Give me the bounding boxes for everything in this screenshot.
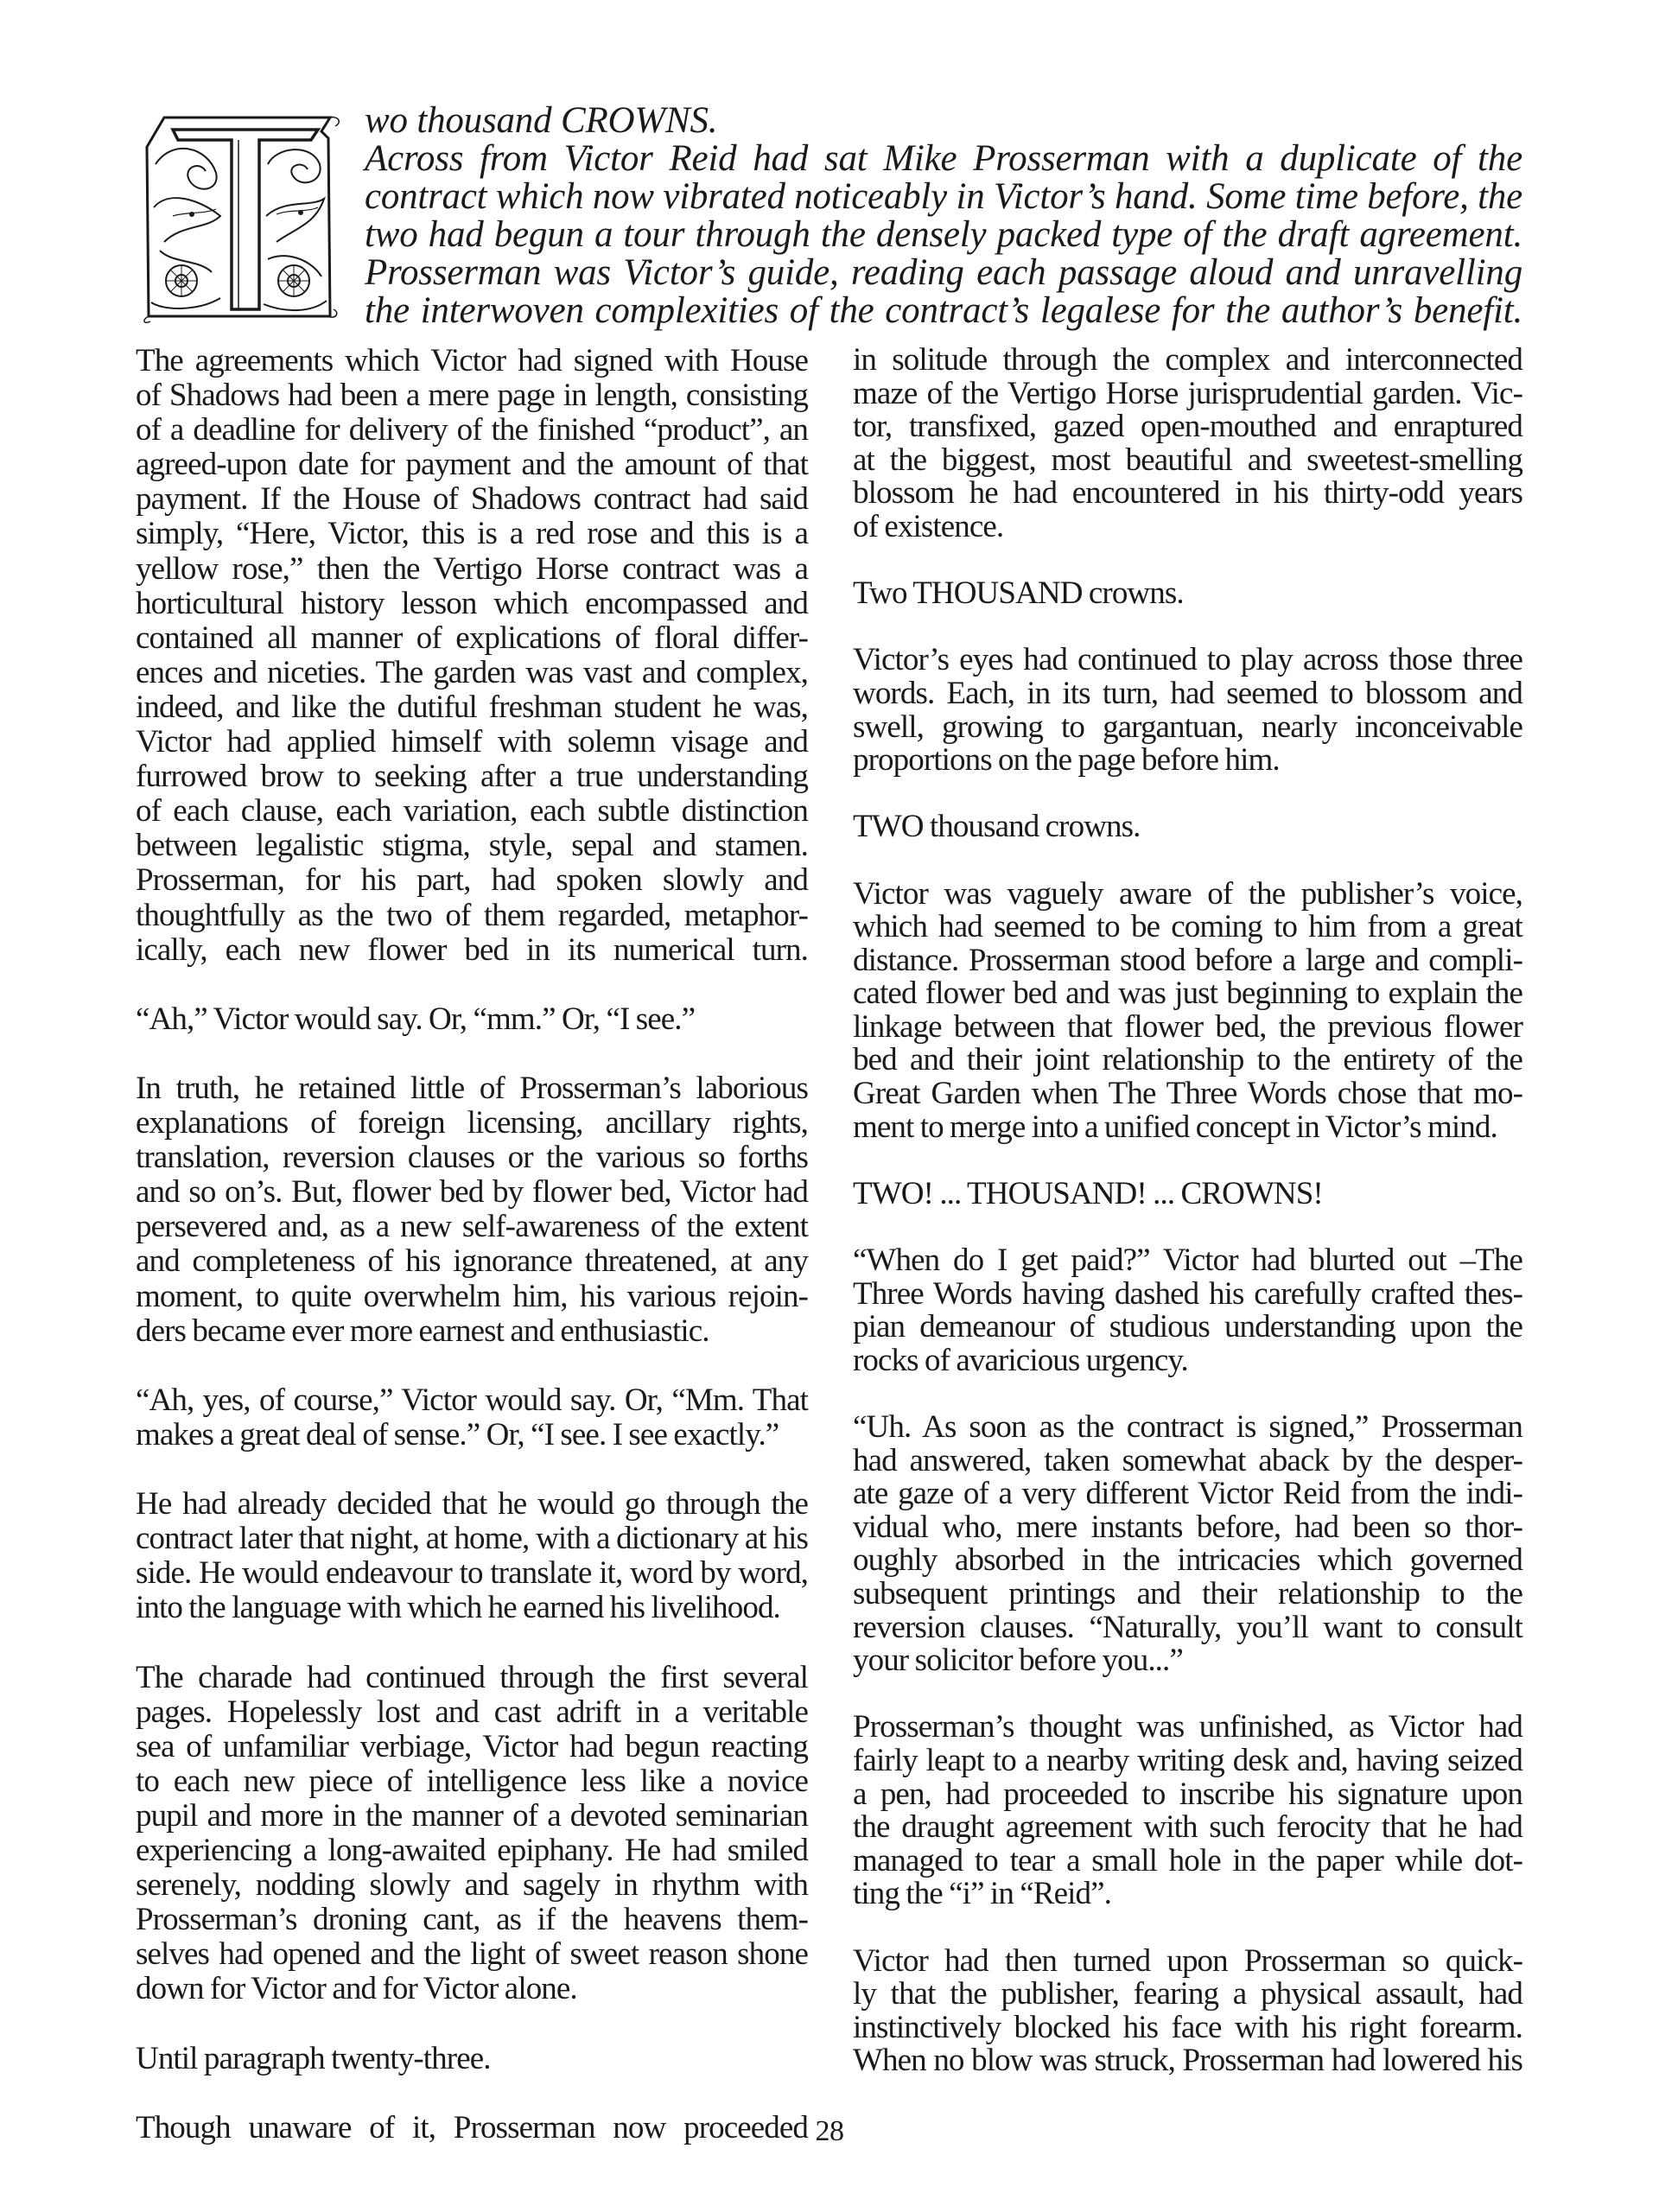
- text-line: proportions on the page before him.: [853, 744, 1522, 778]
- text-line: and completeness of his ignorance threat…: [136, 1244, 808, 1279]
- text-line: of a deadline for delivery of the finish…: [136, 413, 808, 448]
- text-line: ting the “i” in “Reid”.: [853, 1878, 1522, 1911]
- text-line: maze of the Vertigo Horse jurisprudentia…: [853, 378, 1522, 411]
- text-line: tor, transfixed, gazed open-mouthed and …: [853, 410, 1522, 444]
- paragraph-spacer: [136, 2007, 808, 2042]
- text-line: persevered and, as a new self-awareness …: [136, 1210, 808, 1244]
- paragraph-spacer: [853, 844, 1522, 878]
- text-line: distance. Prosserman stood before a larg…: [853, 944, 1522, 978]
- text-line: makes a great deal of sense.” Or, “I see…: [136, 1418, 808, 1452]
- right-text-column: in solitude through the complex and inte…: [853, 344, 1522, 2078]
- text-line: the draught agreement with such ferocity…: [853, 1811, 1522, 1845]
- paragraph: “When do I get paid?” Victor had blurted…: [853, 1244, 1522, 1377]
- text-line: instinctively blocked his face with his …: [853, 2012, 1522, 2045]
- text-line: “Ah, yes, of course,” Victor would say. …: [136, 1383, 808, 1418]
- text-line: sea of unfamiliar verbiage, Victor had b…: [136, 1730, 808, 1764]
- paragraph-spacer: [853, 1911, 1522, 1945]
- text-line: your solicitor before you...”: [853, 1644, 1522, 1678]
- paragraph-spacer: [136, 1349, 808, 1383]
- paragraph-spacer: [136, 1625, 808, 1660]
- text-line: translation, reversion clauses or the va…: [136, 1141, 808, 1175]
- paragraph-spacer: [853, 1678, 1522, 1712]
- text-line: pages. Hopelessly lost and cast adrift i…: [136, 1695, 808, 1730]
- text-line: Prosserman’s droning cant, as if the hea…: [136, 1903, 808, 1937]
- paragraph: Victor’s eyes had continued to play acro…: [853, 644, 1522, 777]
- intro-line: two had begun a tour through the densely…: [365, 216, 1522, 254]
- paragraph: in solitude through the complex and inte…: [853, 344, 1522, 544]
- text-line: pupil and more in the manner of a devote…: [136, 1799, 808, 1834]
- italic-opening-paragraph: wo thousand CROWNS. Across from Victor R…: [365, 102, 1522, 330]
- intro-line: contract which now vibrated noticeably i…: [365, 178, 1520, 216]
- text-line: ders became ever more earnest and enthus…: [136, 1314, 808, 1349]
- text-line: “Ah,” Victor would say. Or, “mm.” Or, “I…: [136, 1002, 808, 1037]
- paragraph: “Ah, yes, of course,” Victor would say. …: [136, 1383, 808, 1452]
- text-line: subsequent printings and their relations…: [853, 1578, 1522, 1611]
- text-line: “Uh. As soon as the contract is signed,”…: [853, 1411, 1522, 1445]
- paragraph: Two THOUSAND crowns.: [853, 577, 1522, 611]
- paragraph: TWO thousand crowns.: [853, 810, 1522, 844]
- text-line: Two THOUSAND crowns.: [853, 577, 1522, 611]
- intro-line: Across from Victor Reid had sat Mike Pro…: [365, 140, 1522, 178]
- text-line: swell, growing to gargantuan, nearly inc…: [853, 711, 1522, 745]
- text-line: In truth, he retained little of Prosserm…: [136, 1071, 808, 1106]
- text-line: had answered, taken somewhat aback by th…: [853, 1445, 1522, 1478]
- text-line: between legalistic stigma, style, sepal …: [136, 829, 808, 863]
- text-line: When no blow was struck, Prosserman had …: [853, 2044, 1522, 2078]
- text-line: yellow rose,” then the Vertigo Horse con…: [136, 552, 808, 587]
- text-line: ically, each new flower bed in its numer…: [136, 933, 808, 968]
- paragraph: He had already decided that he would go …: [136, 1487, 808, 1625]
- text-line: horticultural history lesson which encom…: [136, 587, 808, 621]
- text-line: to each new piece of intelligence less l…: [136, 1764, 808, 1799]
- text-line: pian demeanour of studious understanding…: [853, 1311, 1522, 1344]
- text-line: down for Victor and for Victor alone.: [136, 1972, 808, 2006]
- paragraph: “Uh. As soon as the contract is signed,”…: [853, 1411, 1522, 1678]
- text-line: into the language with which he earned h…: [136, 1591, 808, 1625]
- text-line: rocks of avaricious urgency.: [853, 1344, 1522, 1378]
- paragraph: Until paragraph twenty-three.: [136, 2042, 808, 2076]
- text-line: ate gaze of a very different Victor Reid…: [853, 1478, 1522, 1511]
- paragraph: Prosserman’s thought was unfinished, as …: [853, 1711, 1522, 1911]
- text-line: thoughtfully as the two of them regarded…: [136, 899, 808, 933]
- text-line: which had seemed to be coming to him fro…: [853, 911, 1522, 944]
- text-line: side. He would endeavour to translate it…: [136, 1556, 808, 1591]
- paragraph-spacer: [853, 1377, 1522, 1411]
- text-line: ment to merge into a unified concept in …: [853, 1111, 1522, 1145]
- ornamental-drop-cap-t: [138, 112, 350, 324]
- text-line: Prosserman, for his part, had spoken slo…: [136, 863, 808, 898]
- intro-line: Prosserman was Victor’s guide, reading e…: [365, 254, 1522, 292]
- paragraph: “Ah,” Victor would say. Or, “mm.” Or, “I…: [136, 1002, 808, 1037]
- text-line: of Shadows had been a mere page in lengt…: [136, 378, 808, 413]
- text-line: selves had opened and the light of sweet…: [136, 1937, 808, 1972]
- text-line: managed to tear a small hole in the pape…: [853, 1845, 1522, 1878]
- text-line: Victor was vaguely aware of the publishe…: [853, 878, 1522, 912]
- text-line: words. Each, in its turn, had seemed to …: [853, 677, 1522, 711]
- text-line: linkage between that flower bed, the pre…: [853, 1011, 1522, 1045]
- text-line: serenely, nodding slowly and sagely in r…: [136, 1868, 808, 1903]
- paragraph-spacer: [853, 778, 1522, 811]
- text-line: indeed, and like the dutiful freshman st…: [136, 690, 808, 725]
- left-text-column: The agreements which Victor had signed w…: [136, 344, 808, 2145]
- intro-line: wo thousand CROWNS.: [365, 102, 1522, 140]
- text-line: reversion clauses. “Naturally, you’ll wa…: [853, 1611, 1522, 1645]
- text-line: “When do I get paid?” Victor had blurted…: [853, 1244, 1522, 1278]
- paragraph-spacer: [853, 611, 1522, 645]
- text-line: TWO! ... THOUSAND! ... CROWNS!: [853, 1178, 1522, 1211]
- text-line: vidual who, mere instants before, had be…: [853, 1511, 1522, 1545]
- book-page: wo thousand CROWNS. Across from Victor R…: [0, 0, 1659, 2212]
- paragraph: Victor was vaguely aware of the publishe…: [853, 878, 1522, 1145]
- paragraph-spacer: [136, 1037, 808, 1071]
- text-line: contained all manner of explications of …: [136, 621, 808, 656]
- paragraph-spacer: [136, 2076, 808, 2111]
- paragraph: TWO! ... THOUSAND! ... CROWNS!: [853, 1178, 1522, 1211]
- text-line: experiencing a long-awaited epiphany. He…: [136, 1834, 808, 1868]
- intro-line: the interwoven complexities of the contr…: [365, 292, 1522, 330]
- text-line: in solitude through the complex and inte…: [853, 344, 1522, 378]
- text-line: cated flower bed and was just beginning …: [853, 977, 1522, 1011]
- text-line: Victor had applied himself with solemn v…: [136, 725, 808, 760]
- paragraph-spacer: [136, 1452, 808, 1487]
- text-line: agreed-upon date for payment and the amo…: [136, 448, 808, 482]
- paragraph: The agreements which Victor had signed w…: [136, 344, 808, 968]
- text-line: moment, to quite overwhelm him, his vari…: [136, 1280, 808, 1314]
- text-line: bed and their joint relationship to the …: [853, 1044, 1522, 1077]
- text-line: Victor had then turned upon Prosserman s…: [853, 1945, 1522, 1979]
- text-line: contract later that night, at home, with…: [136, 1522, 808, 1556]
- text-line: The charade had continued through the fi…: [136, 1661, 808, 1695]
- text-line: blossom he had encountered in his thirty…: [853, 477, 1522, 511]
- text-line: oughly absorbed in the intricacies which…: [853, 1544, 1522, 1578]
- text-line: payment. If the House of Shadows contrac…: [136, 482, 808, 517]
- text-line: simply, “Here, Victor, this is a red ros…: [136, 517, 808, 551]
- text-line: of each clause, each variation, each sub…: [136, 794, 808, 829]
- text-line: fairly leapt to a nearby writing desk an…: [853, 1745, 1522, 1778]
- text-line: and so on’s. But, flower bed by flower b…: [136, 1175, 808, 1210]
- text-line: at the biggest, most beautiful and sweet…: [853, 444, 1522, 478]
- text-line: explanations of foreign licensing, ancil…: [136, 1106, 808, 1141]
- text-line: Prosserman’s thought was unfinished, as …: [853, 1711, 1522, 1745]
- text-line: ences and niceties. The garden was vast …: [136, 656, 808, 690]
- paragraph-spacer: [136, 968, 808, 1002]
- text-line: TWO thousand crowns.: [853, 810, 1522, 844]
- paragraph: Victor had then turned upon Prosserman s…: [853, 1945, 1522, 2078]
- text-line: Three Words having dashed his carefully …: [853, 1278, 1522, 1312]
- drop-cap-t-icon: [138, 112, 350, 324]
- text-line: furrowed brow to seeking after a true un…: [136, 760, 808, 794]
- text-line: of existence.: [853, 511, 1522, 544]
- text-line: The agreements which Victor had signed w…: [136, 344, 808, 378]
- paragraph: In truth, he retained little of Prosserm…: [136, 1071, 808, 1349]
- page-number: 28: [0, 2115, 1659, 2148]
- text-line: a pen, had proceeded to inscribe his sig…: [853, 1778, 1522, 1812]
- text-line: Great Garden when The Three Words chose …: [853, 1077, 1522, 1111]
- paragraph-spacer: [853, 1144, 1522, 1178]
- paragraph-spacer: [853, 1211, 1522, 1244]
- paragraph-spacer: [853, 544, 1522, 578]
- text-line: Victor’s eyes had continued to play acro…: [853, 644, 1522, 677]
- text-line: He had already decided that he would go …: [136, 1487, 808, 1522]
- text-line: ly that the publisher, fearing a physica…: [853, 1978, 1522, 2012]
- paragraph: The charade had continued through the fi…: [136, 1661, 808, 2007]
- text-line: Until paragraph twenty-three.: [136, 2042, 808, 2076]
